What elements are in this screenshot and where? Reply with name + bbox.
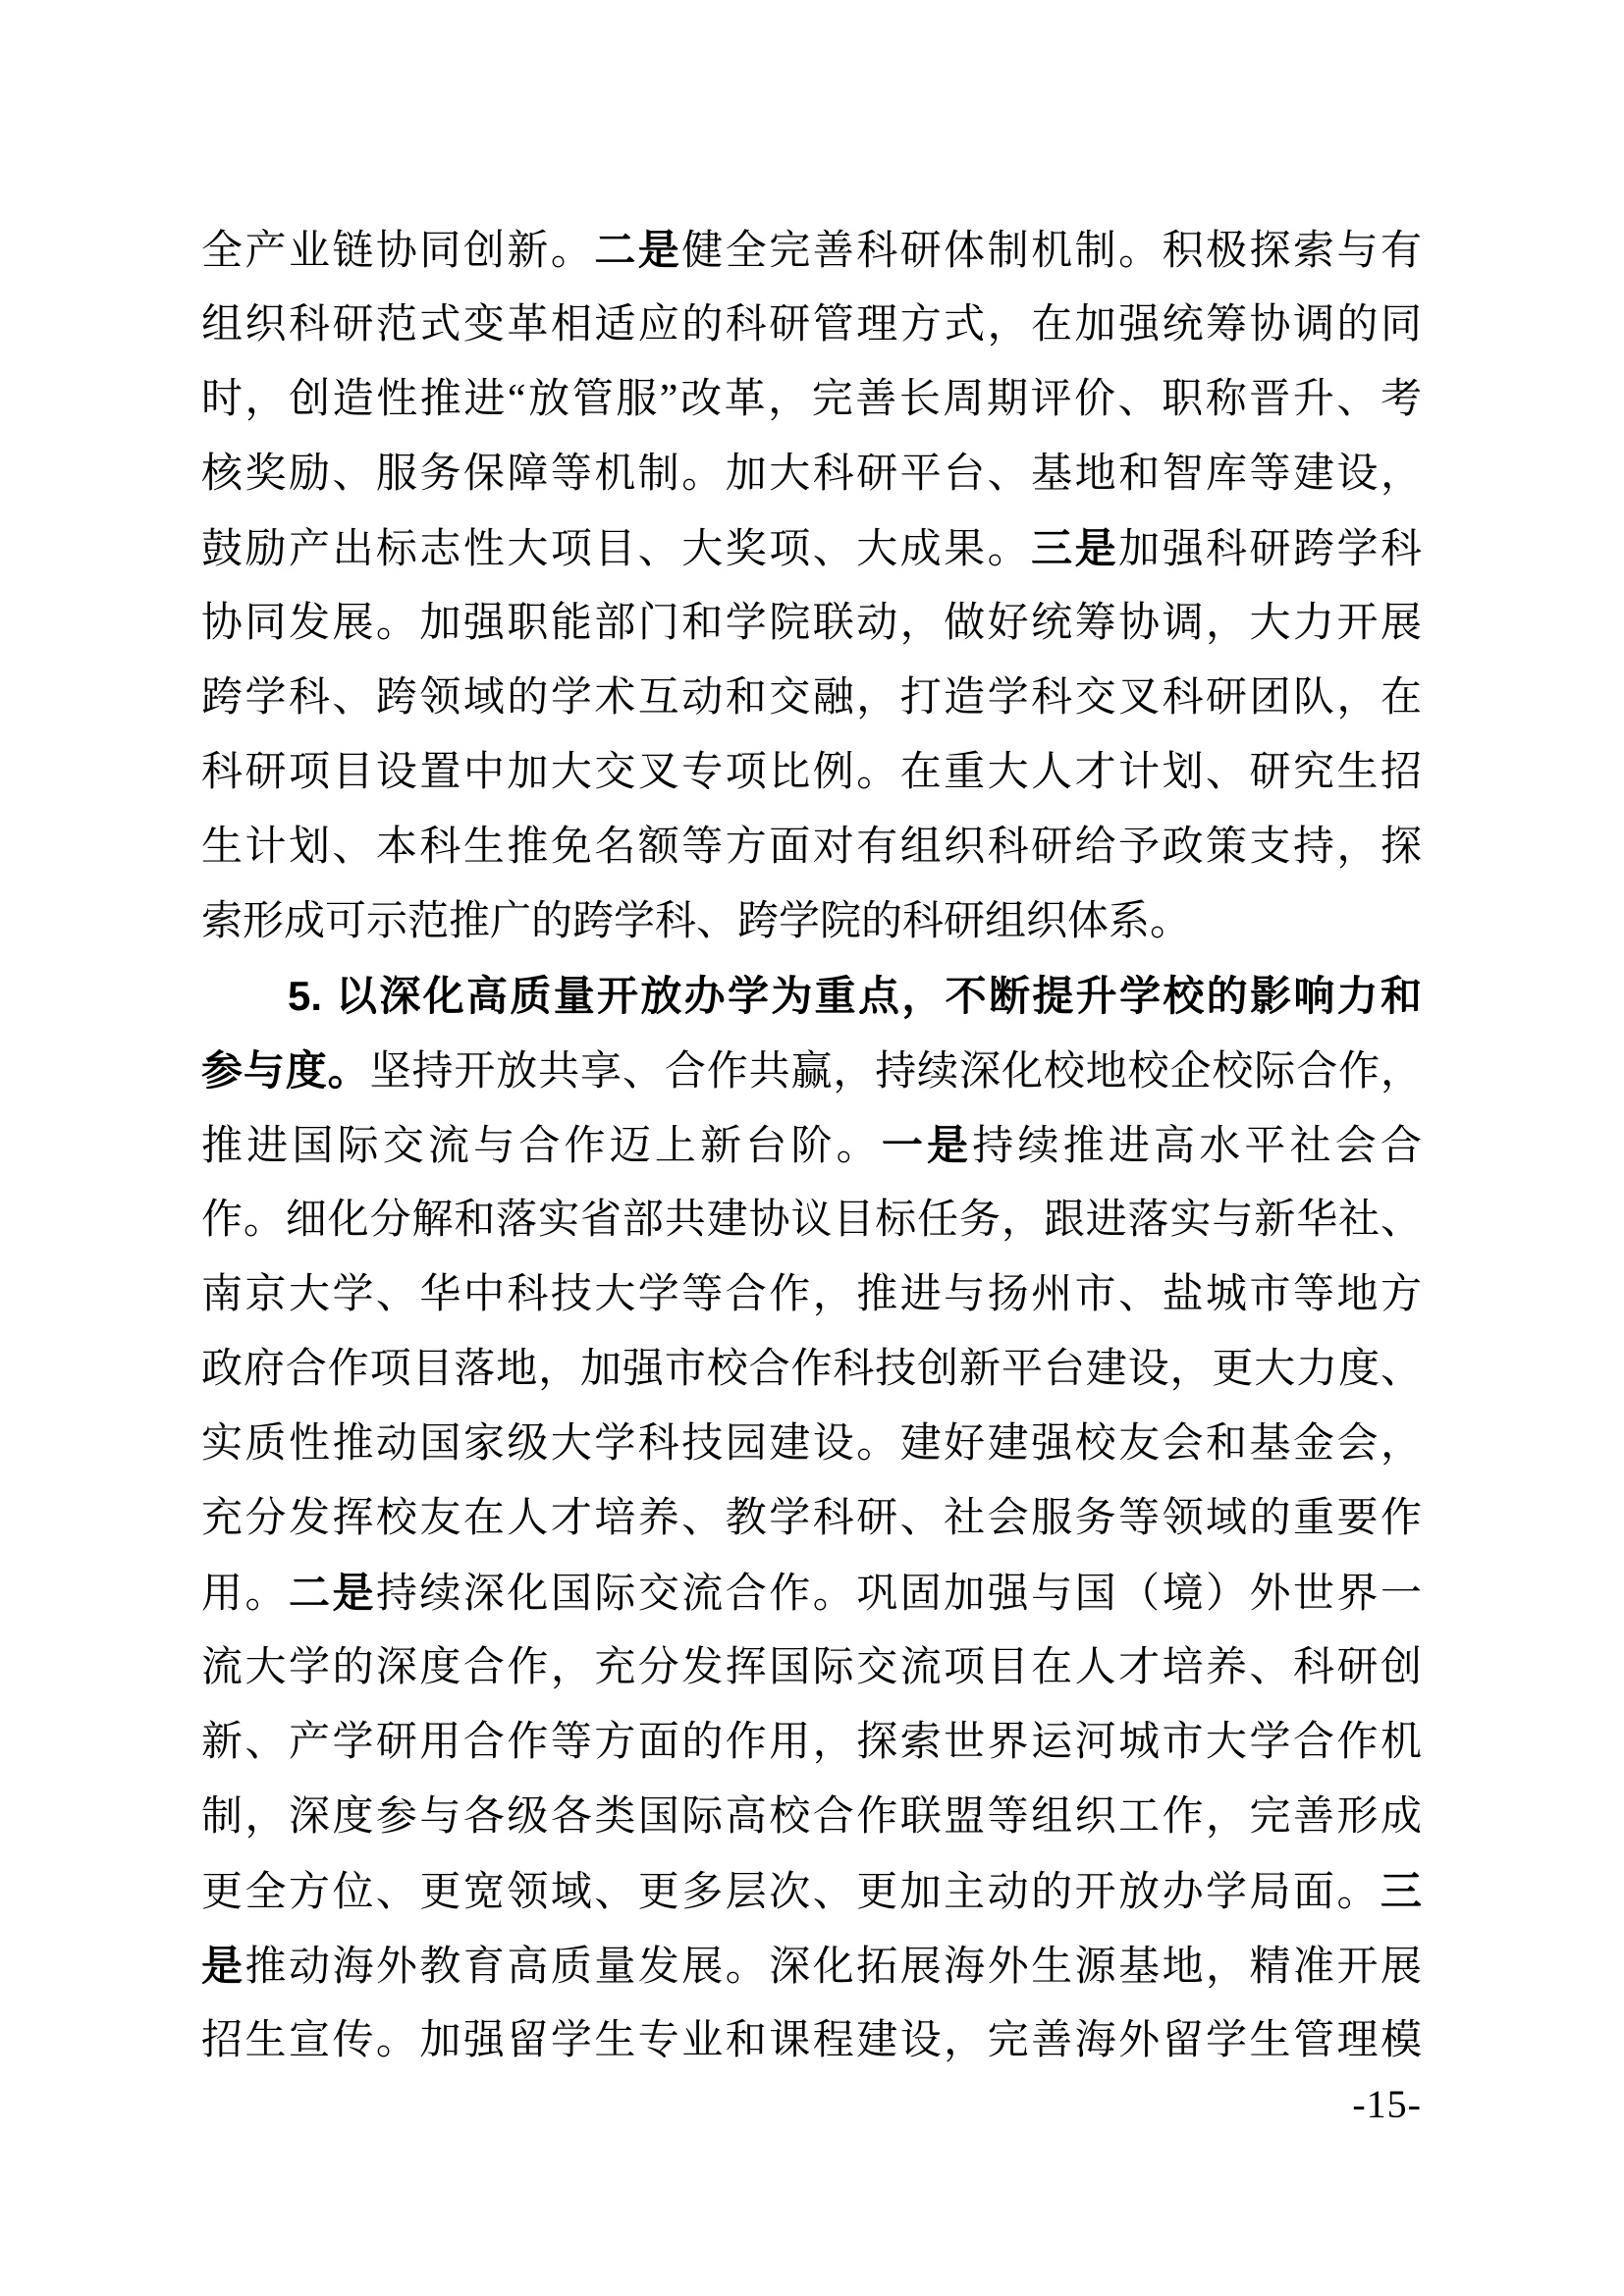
text-segment: 持续推进高水平社会合 xyxy=(972,1124,1422,1169)
text-line: 时，创造性推进“放管服”改革，完善长周期评价、职称晋升、考 xyxy=(201,362,1422,437)
text-segment: 更全方位、更宽领域、更多层次、更加主动的开放办学局面。 xyxy=(201,1870,1380,1915)
text-line: 是推动海外教育高质量发展。深化拓展海外生源基地，精准开展 xyxy=(201,1929,1422,2003)
text-line: 5. 以深化高质量开放办学为重点，不断提升学校的影响力和 xyxy=(201,959,1422,1034)
bold-text-segment: 参与度。 xyxy=(201,1047,370,1094)
bold-text-segment: 5. 以深化高质量开放办学为重点，不断提升学校的影响力和 xyxy=(288,973,1422,1019)
document-page: 全产业链协同创新。二是健全完善科研体制机制。积极探索与有组织科研范式变革相适应的… xyxy=(0,0,1624,2296)
text-segment: 制，深度参与各级各类国际高校合作联盟等组织工作，完善形成 xyxy=(201,1794,1422,1840)
text-segment: 作。细化分解和落实省部共建协议目标任务，跟进落实与新华社、 xyxy=(201,1198,1422,1243)
text-line: 生计划、本科生推免名额等方面对有组织科研给予政策支持，探 xyxy=(201,810,1422,884)
text-segment: 持续深化国际交流合作。巩固加强与国（境）外世界一 xyxy=(376,1572,1422,1617)
text-line: 制，深度参与各级各类国际高校合作联盟等组织工作，完善形成 xyxy=(201,1780,1422,1854)
text-segment: 组织科研范式变革相适应的科研管理方式，在加强统筹协调的同 xyxy=(201,302,1422,347)
text-segment: 招生宣传。加强留学生专业和课程建设，完善海外留学生管理模 xyxy=(201,2018,1422,2063)
text-line: 参与度。坚持开放共享、合作共赢，持续深化校地校企校际合作， xyxy=(201,1034,1422,1108)
text-segment: 科研项目设置中加大交叉专项比例。在重大人才计划、研究生招 xyxy=(201,750,1422,795)
text-segment: 推进国际交流与合作迈上新台阶。 xyxy=(201,1124,882,1169)
text-segment: 坚持开放共享、合作共赢，持续深化校地校企校际合作， xyxy=(370,1049,1422,1095)
text-line: 全产业链协同创新。二是健全完善科研体制机制。积极探索与有 xyxy=(201,213,1422,288)
text-segment: 健全完善科研体制机制。积极探索与有 xyxy=(681,229,1422,274)
text-segment: 生计划、本科生推免名额等方面对有组织科研给予政策支持，探 xyxy=(201,825,1422,870)
page-number: -15- xyxy=(1352,2083,1422,2126)
bold-text-segment: 三是 xyxy=(1031,525,1118,571)
text-segment: 协同发展。加强职能部门和学院联动，做好统筹协调，大力开展 xyxy=(201,601,1422,646)
document-body: 全产业链协同创新。二是健全完善科研体制机制。积极探索与有组织科研范式变革相适应的… xyxy=(201,213,1422,2078)
text-segment: 时，创造性推进“放管服”改革，完善长周期评价、职称晋升、考 xyxy=(201,377,1422,422)
text-segment: 新、产学研用合作等方面的作用，探索世界运河城市大学合作机 xyxy=(201,1720,1422,1765)
text-segment: 流大学的深度合作，充分发挥国际交流项目在人才培养、科研创 xyxy=(201,1645,1422,1690)
text-segment: 南京大学、华中科技大学等合作，推进与扬州市、盐城市等地方 xyxy=(201,1272,1422,1317)
text-line: 实质性推动国家级大学科技园建设。建好建强校友会和基金会， xyxy=(201,1407,1422,1481)
text-line: 组织科研范式变革相适应的科研管理方式，在加强统筹协调的同 xyxy=(201,288,1422,362)
text-line: 更全方位、更宽领域、更多层次、更加主动的开放办学局面。三 xyxy=(201,1854,1422,1929)
text-segment: 用。 xyxy=(201,1572,289,1617)
text-line: 科研项目设置中加大交叉专项比例。在重大人才计划、研究生招 xyxy=(201,735,1422,810)
bold-text-segment: 是 xyxy=(201,1943,244,1989)
text-segment: 鼓励产出标志性大项目、大奖项、大成果。 xyxy=(201,527,1031,572)
text-line: 鼓励产出标志性大项目、大奖项、大成果。三是加强科研跨学科 xyxy=(201,511,1422,586)
text-line: 新、产学研用合作等方面的作用，探索世界运河城市大学合作机 xyxy=(201,1705,1422,1780)
bold-text-segment: 一是 xyxy=(882,1122,972,1168)
text-segment: 实质性推动国家级大学科技园建设。建好建强校友会和基金会， xyxy=(201,1421,1422,1467)
text-line: 作。细化分解和落实省部共建协议目标任务，跟进落实与新华社、 xyxy=(201,1183,1422,1257)
text-segment: 核奖励、服务保障等机制。加大科研平台、基地和智库等建设， xyxy=(201,452,1422,497)
text-line: 充分发挥校友在人才培养、教学科研、社会服务等领域的重要作 xyxy=(201,1481,1422,1556)
text-segment: 跨学科、跨领域的学术互动和交融，打造学科交叉科研团队，在 xyxy=(201,675,1422,721)
text-segment: 全产业链协同创新。 xyxy=(201,229,594,274)
text-segment: 加强科研跨学科 xyxy=(1118,527,1422,572)
text-segment: 充分发挥校友在人才培养、教学科研、社会服务等领域的重要作 xyxy=(201,1496,1422,1541)
text-segment: 推动海外教育高质量发展。深化拓展海外生源基地，精准开展 xyxy=(244,1945,1422,1990)
bold-text-segment: 三 xyxy=(1380,1868,1422,1914)
text-line: 招生宣传。加强留学生专业和课程建设，完善海外留学生管理模 xyxy=(201,2003,1422,2078)
text-line: 协同发展。加强职能部门和学院联动，做好统筹协调，大力开展 xyxy=(201,586,1422,661)
text-line: 跨学科、跨领域的学术互动和交融，打造学科交叉科研团队，在 xyxy=(201,661,1422,735)
text-line: 核奖励、服务保障等机制。加大科研平台、基地和智库等建设， xyxy=(201,437,1422,511)
bold-text-segment: 二是 xyxy=(289,1570,376,1616)
text-line: 推进国际交流与合作迈上新台阶。一是持续推进高水平社会合 xyxy=(201,1108,1422,1183)
text-line: 政府合作项目落地，加强市校合作科技创新平台建设，更大力度、 xyxy=(201,1332,1422,1407)
text-segment: 政府合作项目落地，加强市校合作科技创新平台建设，更大力度、 xyxy=(201,1347,1422,1392)
text-line: 用。二是持续深化国际交流合作。巩固加强与国（境）外世界一 xyxy=(201,1556,1422,1630)
text-line: 索形成可示范推广的跨学科、跨学院的科研组织体系。 xyxy=(201,884,1422,959)
text-segment: 索形成可示范推广的跨学科、跨学院的科研组织体系。 xyxy=(201,899,1191,944)
text-line: 南京大学、华中科技大学等合作，推进与扬州市、盐城市等地方 xyxy=(201,1257,1422,1332)
text-line: 流大学的深度合作，充分发挥国际交流项目在人才培养、科研创 xyxy=(201,1630,1422,1705)
bold-text-segment: 二是 xyxy=(594,227,681,273)
